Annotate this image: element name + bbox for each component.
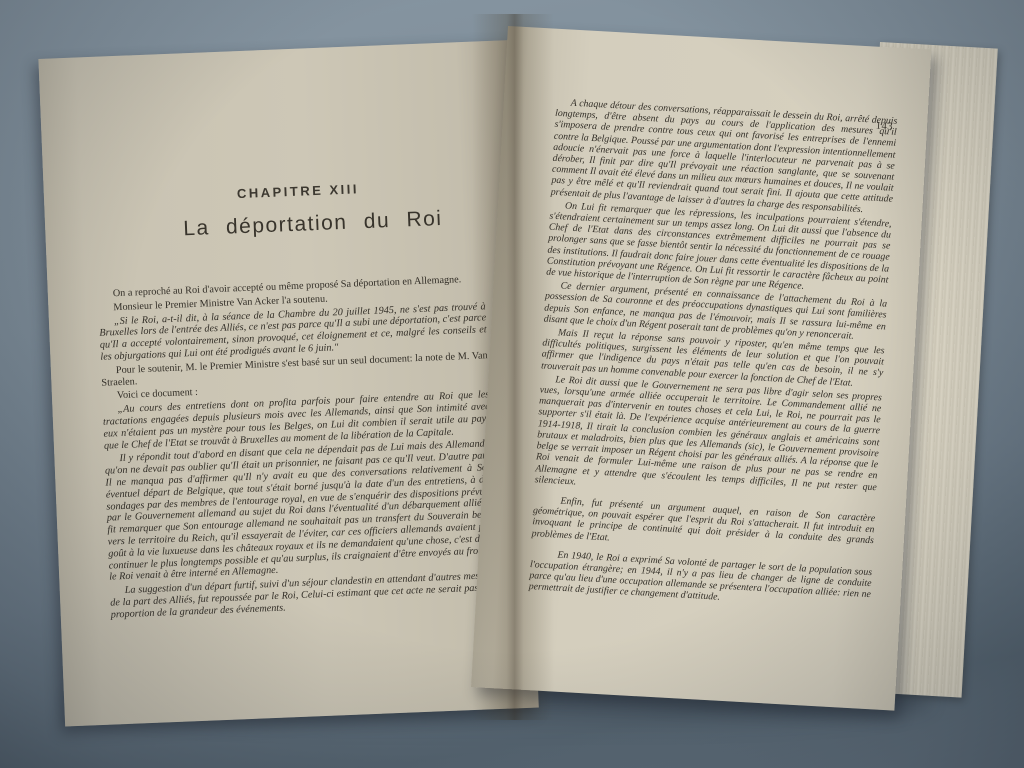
- chapter-title: La déportation du Roi: [183, 205, 483, 241]
- paragraph: Le Roi dit aussi que le Gouvernement ne …: [534, 373, 882, 504]
- left-page-text: On a reproché au Roi d'avoir accepté ou …: [98, 273, 498, 621]
- paragraph: Enfin, fut présenté un argument auquel, …: [531, 494, 875, 558]
- right-page-text: A chaque détour des conversations, réapp…: [528, 97, 897, 612]
- book-photo: CHAPITRE XIII La déportation du Roi On a…: [0, 0, 1024, 768]
- left-page: CHAPITRE XIII La déportation du Roi On a…: [38, 40, 538, 726]
- right-page: 143 A chaque détour des conversations, r…: [471, 26, 931, 711]
- paragraph: En 1940, le Roi a exprimé Sa volonté de …: [528, 548, 872, 612]
- page-number: 143: [875, 121, 893, 133]
- open-book: CHAPITRE XIII La déportation du Roi On a…: [0, 0, 1024, 768]
- paragraph: Il y répondit tout d'abord en disant que…: [104, 439, 496, 584]
- chapter-label: CHAPITRE XIII: [237, 176, 481, 201]
- paragraph: A chaque détour des conversations, réapp…: [550, 97, 897, 217]
